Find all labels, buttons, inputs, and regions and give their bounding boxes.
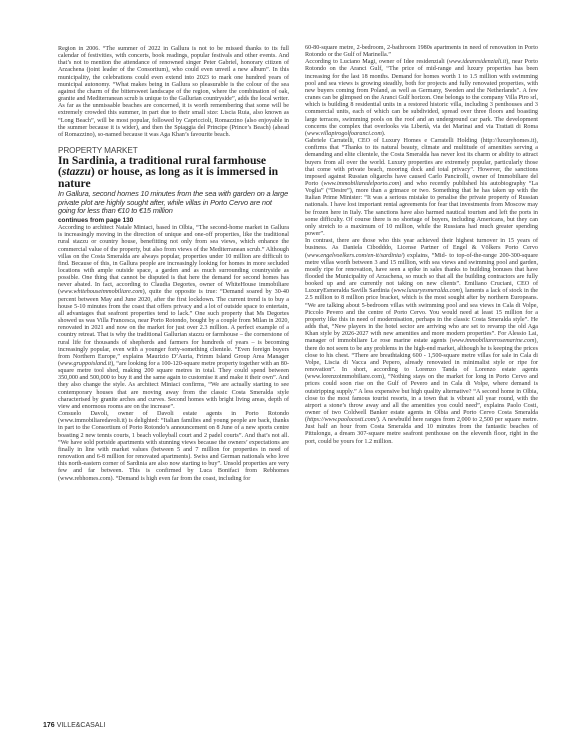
body-text: ) and who recently published his autobio… — [305, 181, 538, 237]
website-link[interactable]: www.engelvoelkers.com/en-it/sardinia/ — [307, 253, 403, 259]
body-text: ), there do not seem to be any problems … — [305, 338, 538, 423]
body-text: ), quite the opposite is true: “Demand s… — [58, 289, 289, 367]
right-column: 60-80-square metre, 2-bedroom, 2-bathroo… — [305, 45, 538, 446]
body-text: According to Luciano Magi, owner of Idee… — [305, 59, 449, 65]
website-link[interactable]: www.whitehouseimmobiliare.com — [60, 289, 143, 295]
page-number: 176 — [43, 722, 55, 729]
body-paragraph: According to architect Natale Miniaci, b… — [58, 225, 289, 411]
continues-from-note: continues from page 130 — [58, 217, 289, 225]
website-link[interactable]: https://www.paolocosti.com/ — [307, 417, 377, 423]
article-headline: In Sardinia, a traditional rural farmhou… — [58, 155, 289, 189]
body-text: ), near Porto Rotondo on the Aranci Gulf… — [305, 59, 538, 137]
body-text: According to architect Natale Miniaci, b… — [58, 225, 289, 295]
body-text: Gabriele Carratelli, CEO of Luxury Homes… — [305, 138, 538, 187]
website-link[interactable]: www.immobiliaredelporto.com — [323, 181, 399, 187]
website-link[interactable]: www.gruppoisland.it — [60, 361, 111, 367]
website-link[interactable]: www.luxuryesmeralda.com — [393, 288, 459, 294]
body-paragraph: Consuelo Davoli, owner of Davoli estate … — [58, 411, 289, 483]
magazine-name: VILLE&CASALI — [57, 722, 106, 729]
headline-text-end: ) or house, as long as it is immersed in… — [58, 165, 278, 189]
body-text: ), laments a lack of stock in the 2.5 mi… — [305, 288, 538, 344]
body-paragraph: According to Luciano Magi, owner of Idee… — [305, 59, 538, 138]
body-text: ). — [382, 131, 386, 137]
website-link[interactable]: www.immobiliarerosemarine.com — [452, 338, 535, 344]
page-footer: 176VILLE&CASALI — [43, 722, 105, 729]
website-link[interactable]: www.villapirogolfoaranci.com — [307, 131, 382, 137]
website-link[interactable]: www.idearesidenziali.it — [449, 59, 506, 65]
body-paragraph: Gabriele Carratelli, CEO of Luxury Homes… — [305, 138, 538, 238]
article-standfirst: In Gallura, second homes 10 minutes from… — [58, 190, 289, 216]
left-column: Region in 2006. “The summer of 2022 in G… — [58, 46, 289, 483]
intro-paragraph: Region in 2006. “The summer of 2022 in G… — [58, 46, 289, 139]
body-paragraph: In contrast, there are those who this ye… — [305, 238, 538, 446]
body-text: ), “are looking for a 100-120-square met… — [58, 361, 289, 410]
body-paragraph: 60-80-square metre, 2-bedroom, 2-bathroo… — [305, 45, 538, 59]
